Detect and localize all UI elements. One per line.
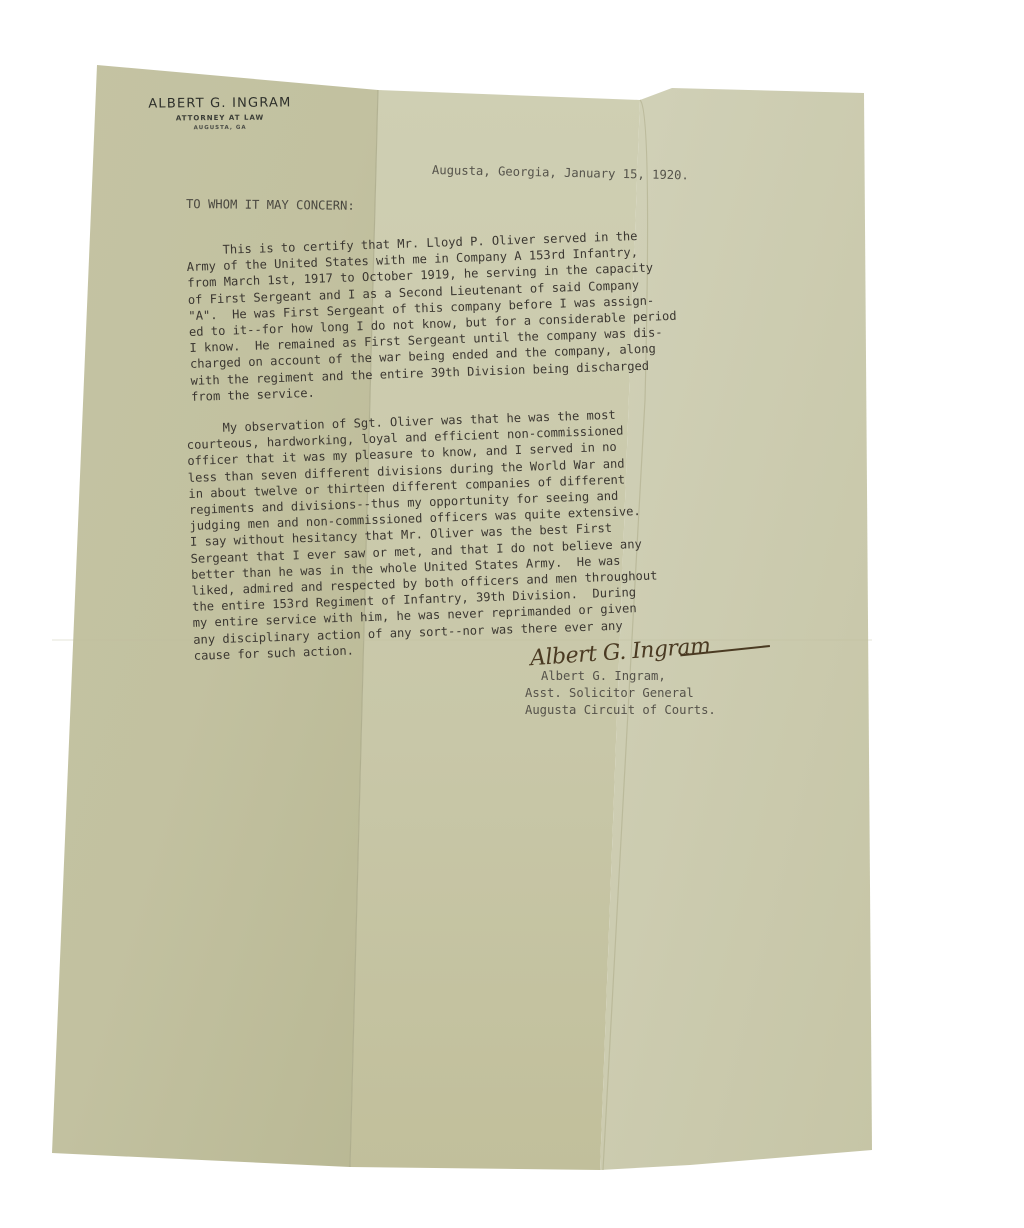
letterhead: ALBERT G. INGRAM ATTORNEY AT LAW AUGUSTA…: [120, 95, 320, 132]
signer-name: Albert G. Ingram,: [525, 668, 716, 685]
letterhead-name: ALBERT G. INGRAM: [120, 95, 320, 112]
salutation: TO WHOM IT MAY CONCERN:: [186, 197, 355, 213]
letterhead-title: ATTORNEY AT LAW: [120, 113, 320, 123]
signer-jurisdiction: Augusta Circuit of Courts.: [525, 702, 716, 719]
paragraph-certification: This is to certify that Mr. Lloyd P. Oli…: [186, 227, 679, 405]
signer-position: Asst. Solicitor General: [525, 685, 716, 702]
typed-signature: Albert G. Ingram, Asst. Solicitor Genera…: [525, 668, 716, 719]
paragraph-observation: My observation of Sgt. Oliver was that h…: [186, 406, 660, 664]
